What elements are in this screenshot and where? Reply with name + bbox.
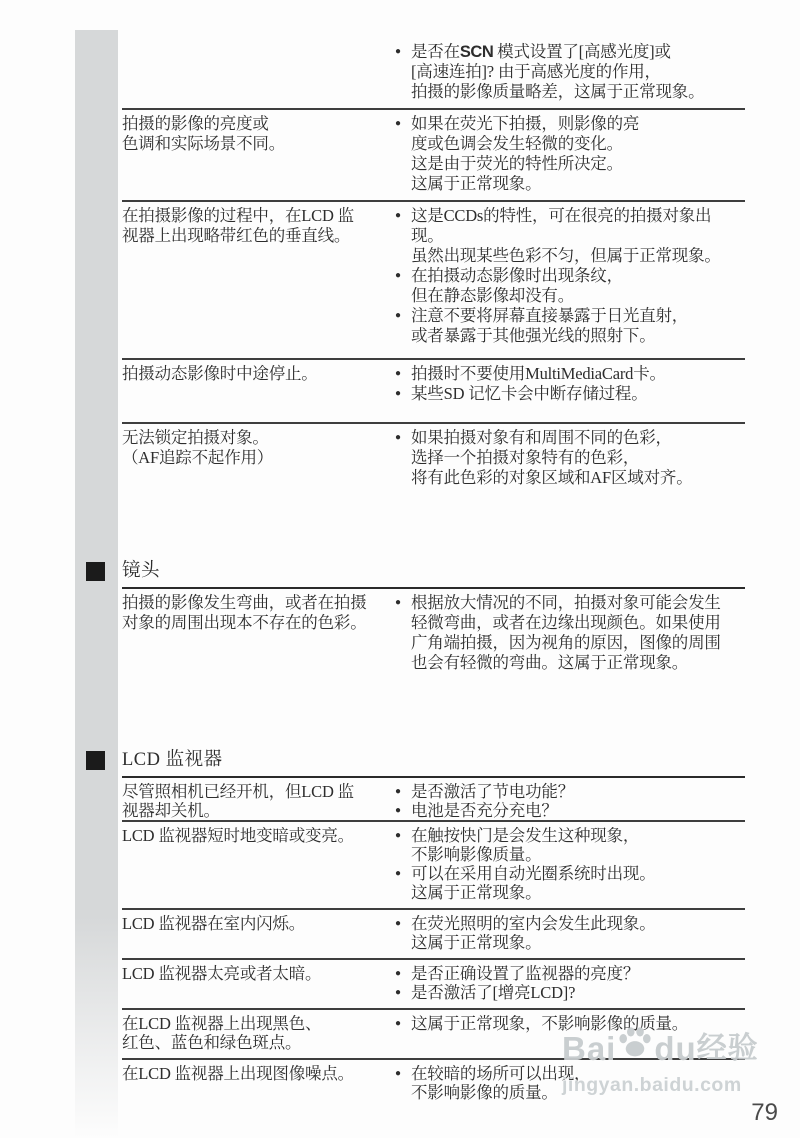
- table-row: 拍摄的影像发生弯曲，或者在拍摄对象的周围出现本不存在的色彩。●根据放大情况的不同…: [122, 589, 745, 679]
- bullet-icon: ●: [395, 306, 411, 346]
- solution-text: 是否在SCN 模式设置了[高感光度]或[高速连拍]? 由于高感光度的作用，拍摄的…: [411, 42, 704, 102]
- solutions-cell: ●在荧光照明的室内会发生此现象。这属于正常现象。: [395, 914, 745, 952]
- text-line: 也会有轻微的弯曲。这属于正常现象。: [411, 653, 721, 673]
- bullet-icon: ●: [395, 206, 411, 266]
- solutions-cell: ●根据放大情况的不同，拍摄对象可能会发生轻微弯曲，或者在边缘出现颜色。如果使用广…: [395, 593, 745, 673]
- text-line: 视器却关机。: [122, 801, 395, 820]
- text-line: LCD 监视器在室内闪烁。: [122, 914, 395, 933]
- text-line: 在拍摄动态影像时出现条纹，: [411, 266, 623, 286]
- bullet-icon: ●: [395, 782, 411, 801]
- bullet-icon: ●: [395, 826, 411, 864]
- solution-text: 如果在荧光下拍摄，则影像的亮度或色调会发生轻微的变化。这是由于荧光的特性所决定。…: [411, 114, 639, 194]
- baidu-paw-icon: [618, 1026, 652, 1065]
- solutions-cell: ●如果在荧光下拍摄，则影像的亮度或色调会发生轻微的变化。这是由于荧光的特性所决定…: [395, 114, 745, 194]
- solutions-cell: ●是否在SCN 模式设置了[高感光度]或[高速连拍]? 由于高感光度的作用，拍摄…: [395, 42, 745, 102]
- problem-cell: 在拍摄影像的过程中，在LCD 监视器上出现略带红色的垂直线。: [122, 206, 395, 346]
- problem-cell: 拍摄动态影像时中途停止。: [122, 364, 395, 404]
- problem-cell: LCD 监视器太亮或者太暗。: [122, 964, 395, 1002]
- solution-item: ●这是CCDs的特性，可在很亮的拍摄对象出现。虽然出现某些色彩不匀，但属于正常现…: [395, 206, 745, 266]
- text-line: 度或色调会发生轻微的变化。: [411, 134, 639, 154]
- problem-cell: 无法锁定拍摄对象。（AF追踪不起作用）: [122, 428, 395, 488]
- section-header: LCD 监视器: [122, 749, 745, 778]
- text-line: 是否激活了[增亮LCD]?: [411, 983, 575, 1002]
- bullet-icon: ●: [395, 266, 411, 306]
- bullet-icon: ●: [395, 864, 411, 902]
- text-line: 是否正确设置了监视器的亮度？: [411, 964, 639, 983]
- solution-text: 可以在采用自动光圈系统时出现。这属于正常现象。: [411, 864, 656, 902]
- manual-page: { "bullet_char": "●", "colors": { "text"…: [0, 0, 800, 1138]
- text-line: 是否在SCN 模式设置了[高感光度]或: [411, 42, 704, 62]
- bold-text-segment: SCN: [460, 43, 493, 61]
- solution-item: ●电池是否充分充电？: [395, 801, 745, 820]
- watermark-brand-latin2: du: [654, 1031, 696, 1067]
- page-number: 79: [751, 1099, 778, 1127]
- solution-item: ●在拍摄动态影像时出现条纹，但在静态影像却没有。: [395, 266, 745, 306]
- problem-cell: LCD 监视器在室内闪烁。: [122, 914, 395, 952]
- table-row: 尽管照相机已经开机，但LCD 监视器却关机。●是否激活了节电功能？●电池是否充分…: [122, 778, 745, 820]
- section-shooting-continued: ●是否在SCN 模式设置了[高感光度]或[高速连拍]? 由于高感光度的作用，拍摄…: [122, 38, 745, 494]
- bullet-icon: ●: [395, 384, 411, 404]
- solutions-cell: ●这是CCDs的特性，可在很亮的拍摄对象出现。虽然出现某些色彩不匀，但属于正常现…: [395, 206, 745, 346]
- solution-item: ●是否激活了节电功能？: [395, 782, 745, 801]
- text-line: 在触按快门是会发生这种现象，: [411, 826, 639, 845]
- solution-text: 是否正确设置了监视器的亮度？: [411, 964, 639, 983]
- text-line: 这属于正常现象。: [411, 883, 656, 902]
- table-row: LCD 监视器太亮或者太暗。●是否正确设置了监视器的亮度？●是否激活了[增亮LC…: [122, 960, 745, 1008]
- solutions-cell: ●是否激活了节电功能？●电池是否充分充电？: [395, 782, 745, 820]
- watermark-url: jingyan.baidu.com: [562, 1074, 782, 1097]
- problem-cell: 在LCD 监视器上出现图像噪点。: [122, 1064, 395, 1102]
- text-line: 轻微弯曲，或者在边缘出现颜色。如果使用: [411, 613, 721, 633]
- text-line: 对象的周围出现本不存在的色彩。: [122, 613, 395, 633]
- solution-item: ●是否在SCN 模式设置了[高感光度]或[高速连拍]? 由于高感光度的作用，拍摄…: [395, 42, 745, 102]
- text-line: 电池是否充分充电？: [411, 801, 558, 820]
- problem-cell: 拍摄的影像发生弯曲，或者在拍摄对象的周围出现本不存在的色彩。: [122, 593, 395, 673]
- text-line: 但在静态影像却没有。: [411, 286, 623, 306]
- solution-item: ●在触按快门是会发生这种现象，不影响影像质量。: [395, 826, 745, 864]
- text-line: 如果拍摄对象有和周围不同的色彩，: [411, 428, 693, 448]
- solution-text: 根据放大情况的不同，拍摄对象可能会发生轻微弯曲，或者在边缘出现颜色。如果使用广角…: [411, 593, 721, 673]
- text-line: 如果在荧光下拍摄，则影像的亮: [411, 114, 639, 134]
- text-line: 或者暴露于其他强光线的照射下。: [411, 326, 688, 346]
- problem-cell: [122, 42, 395, 102]
- text-line: 这是由于荧光的特性所决定。: [411, 154, 639, 174]
- text-line: 这是CCDs的特性，可在很亮的拍摄对象出: [411, 206, 721, 226]
- problem-cell: LCD 监视器短时地变暗或变亮。: [122, 826, 395, 902]
- text-line: 选择一个拍摄对象特有的色彩，: [411, 448, 693, 468]
- bullet-icon: ●: [395, 1014, 411, 1033]
- table-row: 在拍摄影像的过程中，在LCD 监视器上出现略带红色的垂直线。●这是CCDs的特性…: [122, 202, 745, 358]
- text-line: 现。: [411, 226, 721, 246]
- bullet-icon: ●: [395, 964, 411, 983]
- section-lens: 镜头拍摄的影像发生弯曲，或者在拍摄对象的周围出现本不存在的色彩。●根据放大情况的…: [122, 560, 745, 679]
- problem-cell: 拍摄的影像的亮度或色调和实际场景不同。: [122, 114, 395, 194]
- text-line: 尽管照相机已经开机，但LCD 监: [122, 782, 395, 801]
- text-line: 不影响影像质量。: [411, 845, 639, 864]
- section-header: 镜头: [122, 560, 745, 589]
- section-marker-icon: [86, 751, 105, 770]
- solution-item: ●是否正确设置了监视器的亮度？: [395, 964, 745, 983]
- solution-text: 是否激活了[增亮LCD]?: [411, 983, 575, 1002]
- table-row: LCD 监视器短时地变暗或变亮。●在触按快门是会发生这种现象，不影响影像质量。●…: [122, 822, 745, 908]
- text-line: LCD 监视器太亮或者太暗。: [122, 964, 395, 983]
- text-line: 根据放大情况的不同，拍摄对象可能会发生: [411, 593, 721, 613]
- text-line: 将有此色彩的对象区域和AF区域对齐。: [411, 468, 693, 488]
- solution-item: ●注意不要将屏幕直接暴露于日光直射，或者暴露于其他强光线的照射下。: [395, 306, 745, 346]
- text-line: 拍摄动态影像时中途停止。: [122, 364, 395, 384]
- text-line: 拍摄的影像发生弯曲，或者在拍摄: [122, 593, 395, 613]
- baidu-watermark: Bai du 经验 jingyan.baidu.com: [562, 1026, 782, 1097]
- solution-text: 拍摄时不要使用MultiMediaCard卡。: [411, 364, 666, 384]
- text-line: LCD 监视器短时地变暗或变亮。: [122, 826, 395, 845]
- problem-cell: 在LCD 监视器上出现黑色、红色、蓝色和绿色斑点。: [122, 1014, 395, 1052]
- text-line: 无法锁定拍摄对象。: [122, 428, 395, 448]
- text-line: 视器上出现略带红色的垂直线。: [122, 226, 395, 246]
- solutions-cell: ●如果拍摄对象有和周围不同的色彩，选择一个拍摄对象特有的色彩，将有此色彩的对象区…: [395, 428, 745, 488]
- solution-item: ●如果在荧光下拍摄，则影像的亮度或色调会发生轻微的变化。这是由于荧光的特性所决定…: [395, 114, 745, 194]
- text-line: 在荧光照明的室内会发生此现象。: [411, 914, 656, 933]
- text-line: 在LCD 监视器上出现黑色、: [122, 1014, 395, 1033]
- text-line: 这属于正常现象。: [411, 933, 656, 952]
- solution-item: ●拍摄时不要使用MultiMediaCard卡。: [395, 364, 745, 384]
- solution-item: ●可以在采用自动光圈系统时出现。这属于正常现象。: [395, 864, 745, 902]
- text-line: [高速连拍]? 由于高感光度的作用，: [411, 62, 704, 82]
- text-line: 拍摄时不要使用MultiMediaCard卡。: [411, 364, 666, 384]
- bullet-icon: ●: [395, 428, 411, 488]
- text-line: 虽然出现某些色彩不匀，但属于正常现象。: [411, 246, 721, 266]
- solution-text: 是否激活了节电功能？: [411, 782, 574, 801]
- solution-text: 这是CCDs的特性，可在很亮的拍摄对象出现。虽然出现某些色彩不匀，但属于正常现象…: [411, 206, 721, 266]
- solution-item: ●某些SD 记忆卡会中断存储过程。: [395, 384, 745, 404]
- bullet-icon: ●: [395, 42, 411, 102]
- text-line: 在LCD 监视器上出现图像噪点。: [122, 1064, 395, 1083]
- solution-text: 在触按快门是会发生这种现象，不影响影像质量。: [411, 826, 639, 864]
- text-line: 红色、蓝色和绿色斑点。: [122, 1033, 395, 1052]
- watermark-brand-cn: 经验: [697, 1031, 759, 1067]
- solution-item: ●如果拍摄对象有和周围不同的色彩，选择一个拍摄对象特有的色彩，将有此色彩的对象区…: [395, 428, 745, 488]
- table-row: 拍摄动态影像时中途停止。●拍摄时不要使用MultiMediaCard卡。●某些S…: [122, 360, 745, 422]
- table-row: LCD 监视器在室内闪烁。●在荧光照明的室内会发生此现象。这属于正常现象。: [122, 910, 745, 958]
- text-line: 这属于正常现象。: [411, 174, 639, 194]
- text-line: 广角端拍摄，因为视角的原因，图像的周围: [411, 633, 721, 653]
- bullet-icon: ●: [395, 364, 411, 384]
- solution-text: 在荧光照明的室内会发生此现象。这属于正常现象。: [411, 914, 656, 952]
- text-line: 可以在采用自动光圈系统时出现。: [411, 864, 656, 883]
- troubleshooting-table: ●是否在SCN 模式设置了[高感光度]或[高速连拍]? 由于高感光度的作用，拍摄…: [122, 38, 745, 1108]
- solution-text: 注意不要将屏幕直接暴露于日光直射，或者暴露于其他强光线的照射下。: [411, 306, 688, 346]
- solution-item: ●是否激活了[增亮LCD]?: [395, 983, 745, 1002]
- text-line: 注意不要将屏幕直接暴露于日光直射，: [411, 306, 688, 326]
- section-marker-icon: [86, 562, 105, 581]
- text-line: 在拍摄影像的过程中，在LCD 监: [122, 206, 395, 226]
- table-row: ●是否在SCN 模式设置了[高感光度]或[高速连拍]? 由于高感光度的作用，拍摄…: [122, 38, 745, 108]
- solution-text: 如果拍摄对象有和周围不同的色彩，选择一个拍摄对象特有的色彩，将有此色彩的对象区域…: [411, 428, 693, 488]
- watermark-brand-latin: Bai: [562, 1031, 616, 1067]
- text-line: 拍摄的影像质量略差，这属于正常现象。: [411, 82, 704, 102]
- bullet-icon: ●: [395, 983, 411, 1002]
- solution-item: ●根据放大情况的不同，拍摄对象可能会发生轻微弯曲，或者在边缘出现颜色。如果使用广…: [395, 593, 745, 673]
- text-line: 是否激活了节电功能？: [411, 782, 574, 801]
- text-segment: 是否在: [411, 42, 460, 61]
- problem-cell: 尽管照相机已经开机，但LCD 监视器却关机。: [122, 782, 395, 820]
- bullet-icon: ●: [395, 593, 411, 673]
- text-line: （AF追踪不起作用）: [122, 448, 395, 468]
- solutions-cell: ●是否正确设置了监视器的亮度？●是否激活了[增亮LCD]?: [395, 964, 745, 1002]
- bullet-icon: ●: [395, 1064, 411, 1102]
- text-line: 色调和实际场景不同。: [122, 134, 395, 154]
- solutions-cell: ●拍摄时不要使用MultiMediaCard卡。●某些SD 记忆卡会中断存储过程…: [395, 364, 745, 404]
- table-row: 拍摄的影像的亮度或色调和实际场景不同。●如果在荧光下拍摄，则影像的亮度或色调会发…: [122, 110, 745, 200]
- text-line: 某些SD 记忆卡会中断存储过程。: [411, 384, 648, 404]
- watermark-brand: Bai du 经验: [562, 1026, 782, 1071]
- table-row: 无法锁定拍摄对象。（AF追踪不起作用）●如果拍摄对象有和周围不同的色彩，选择一个…: [122, 424, 745, 494]
- solutions-cell: ●在触按快门是会发生这种现象，不影响影像质量。●可以在采用自动光圈系统时出现。这…: [395, 826, 745, 902]
- solution-text: 某些SD 记忆卡会中断存储过程。: [411, 384, 648, 404]
- text-segment: 模式设置了[高感光度]或: [493, 42, 671, 61]
- bullet-icon: ●: [395, 114, 411, 194]
- section-title: 镜头: [122, 560, 745, 582]
- bullet-icon: ●: [395, 914, 411, 952]
- solution-item: ●在荧光照明的室内会发生此现象。这属于正常现象。: [395, 914, 745, 952]
- text-line: 拍摄的影像的亮度或: [122, 114, 395, 134]
- section-title: LCD 监视器: [122, 749, 745, 771]
- solution-text: 在拍摄动态影像时出现条纹，但在静态影像却没有。: [411, 266, 623, 306]
- solution-text: 电池是否充分充电？: [411, 801, 558, 820]
- page-margin-bar: [75, 30, 118, 1138]
- bullet-icon: ●: [395, 801, 411, 820]
